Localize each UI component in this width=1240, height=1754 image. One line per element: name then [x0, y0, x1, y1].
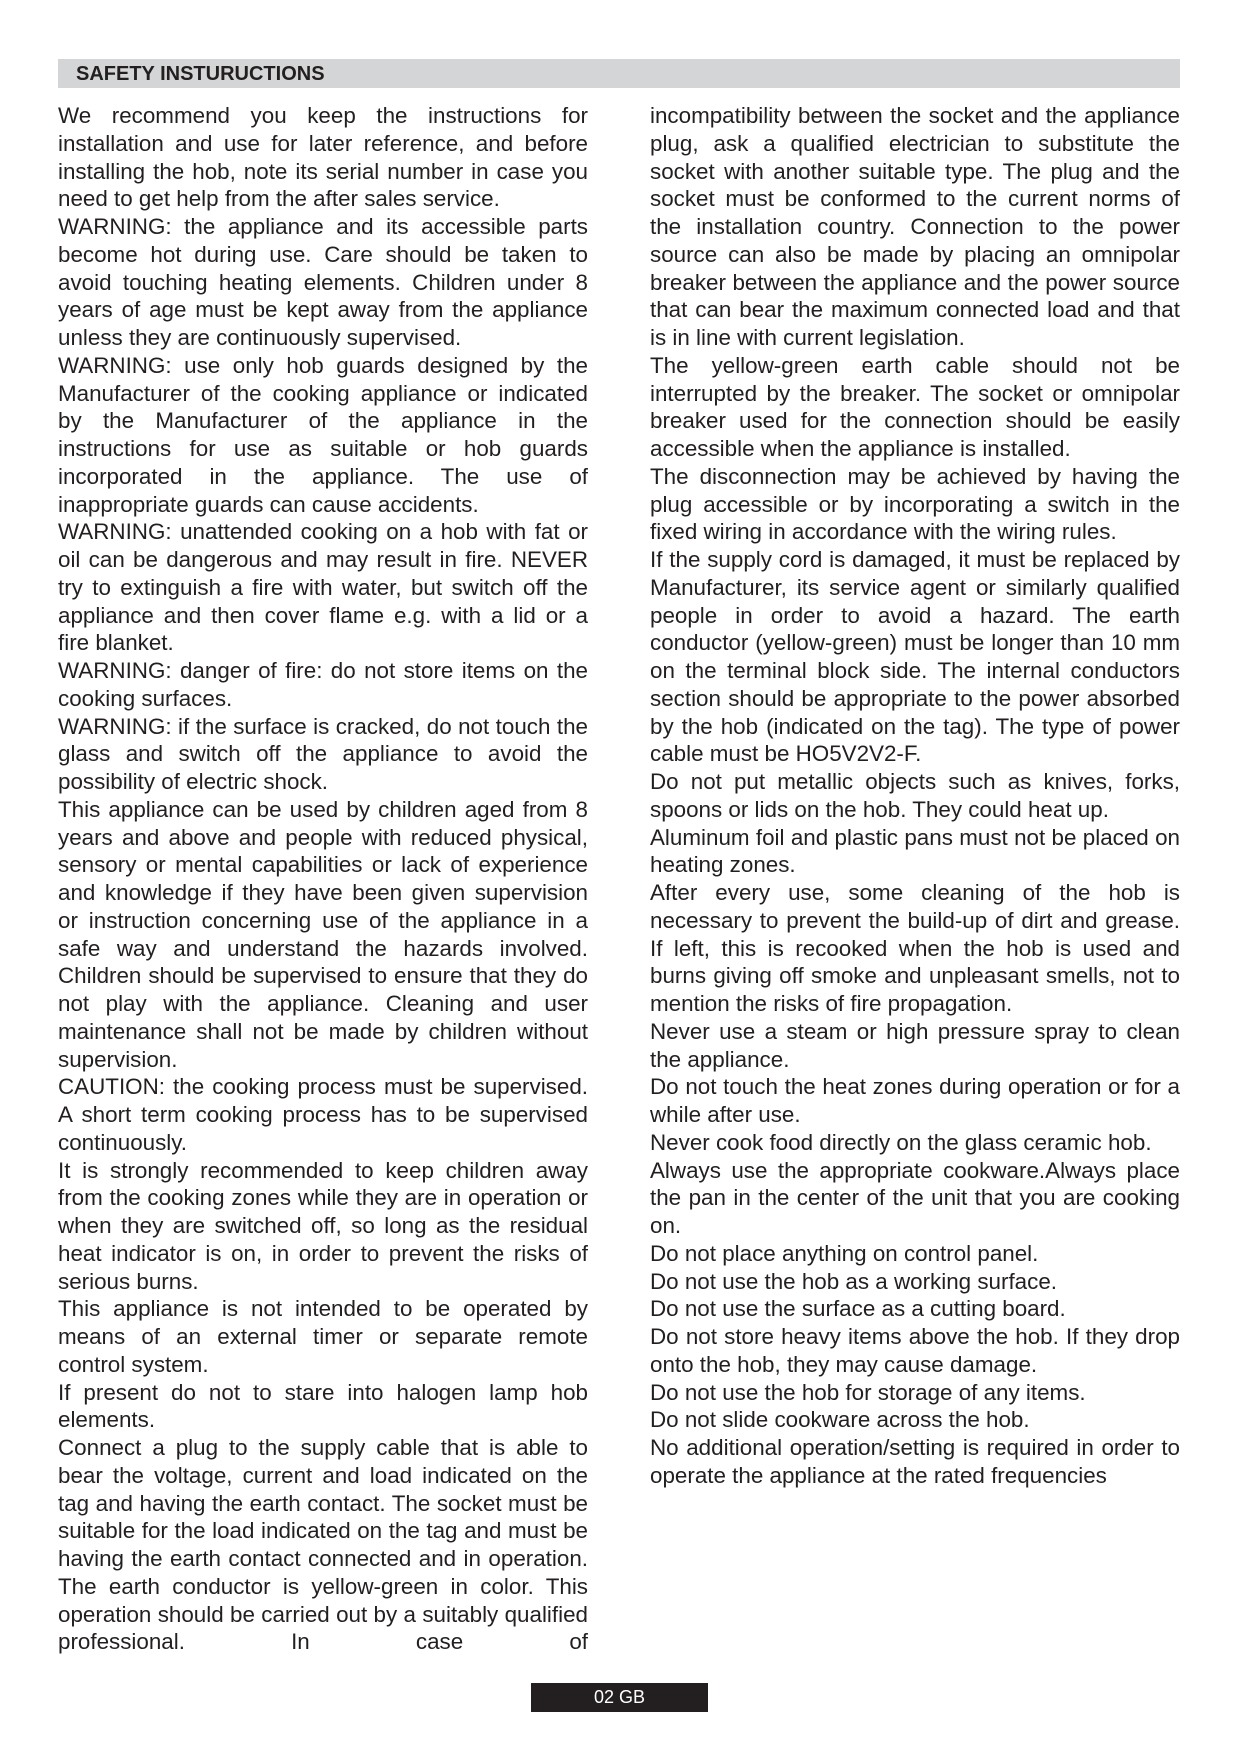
paragraph-socket-incompatibility: incompatibility between the socket and t… [650, 102, 1180, 352]
page-number-badge: 02 GB [531, 1683, 708, 1712]
paragraph-control-panel: Do not place anything on control panel. [650, 1240, 1180, 1268]
paragraph-steam-spray: Never use a steam or high pressure spray… [650, 1018, 1180, 1074]
paragraph-cutting-board: Do not use the surface as a cutting boar… [650, 1295, 1180, 1323]
paragraph-heat-zones: Do not touch the heat zones during opera… [650, 1073, 1180, 1129]
paragraph-external-timer: This appliance is not intended to be ope… [58, 1295, 588, 1378]
paragraph-slide-cookware: Do not slide cookware across the hob. [650, 1406, 1180, 1434]
paragraph-warning-cracked-surface: WARNING: if the surface is cracked, do n… [58, 713, 588, 796]
section-header-bar: SAFETY INSTURUCTIONS [58, 59, 1180, 88]
paragraph-residual-heat: It is strongly recommended to keep child… [58, 1157, 588, 1296]
paragraph-glass-ceramic: Never cook food directly on the glass ce… [650, 1129, 1180, 1157]
paragraph-rated-frequencies: No additional operation/setting is requi… [650, 1434, 1180, 1490]
paragraph-aluminum-foil: Aluminum foil and plastic pans must not … [650, 824, 1180, 880]
paragraph-warning-danger-of-fire: WARNING: danger of fire: do not store it… [58, 657, 588, 713]
paragraph-halogen-lamp: If present do not to stare into halogen … [58, 1379, 588, 1435]
paragraph-warning-hob-guards: WARNING: use only hob guards designed by… [58, 352, 588, 519]
paragraph-warning-hot-parts: WARNING: the appliance and its accessibl… [58, 213, 588, 352]
paragraph-disconnection: The disconnection may be achieved by hav… [650, 463, 1180, 546]
paragraph-cookware: Always use the appropriate cookware.Alwa… [650, 1157, 1180, 1240]
paragraph-warning-fat-oil-fire: WARNING: unattended cooking on a hob wit… [58, 518, 588, 657]
left-text-column: We recommend you keep the instructions f… [58, 102, 588, 1656]
paragraph-working-surface: Do not use the hob as a working surface. [650, 1268, 1180, 1296]
paragraph-storage: Do not use the hob for storage of any it… [650, 1379, 1180, 1407]
paragraph-cleaning: After every use, some cleaning of the ho… [650, 879, 1180, 1018]
paragraph-heavy-items: Do not store heavy items above the hob. … [650, 1323, 1180, 1379]
paragraph-connect-plug: Connect a plug to the supply cable that … [58, 1434, 588, 1656]
paragraph-keep-instructions: We recommend you keep the instructions f… [58, 102, 588, 213]
paragraph-children-usage: This appliance can be used by children a… [58, 796, 588, 1074]
paragraph-supply-cord: If the supply cord is damaged, it must b… [650, 546, 1180, 768]
right-text-column: incompatibility between the socket and t… [650, 102, 1180, 1490]
paragraph-earth-cable: The yellow-green earth cable should not … [650, 352, 1180, 463]
paragraph-metallic-objects: Do not put metallic objects such as kniv… [650, 768, 1180, 824]
section-title: SAFETY INSTURUCTIONS [76, 61, 325, 87]
paragraph-caution-supervised: CAUTION: the cooking process must be sup… [58, 1073, 588, 1156]
